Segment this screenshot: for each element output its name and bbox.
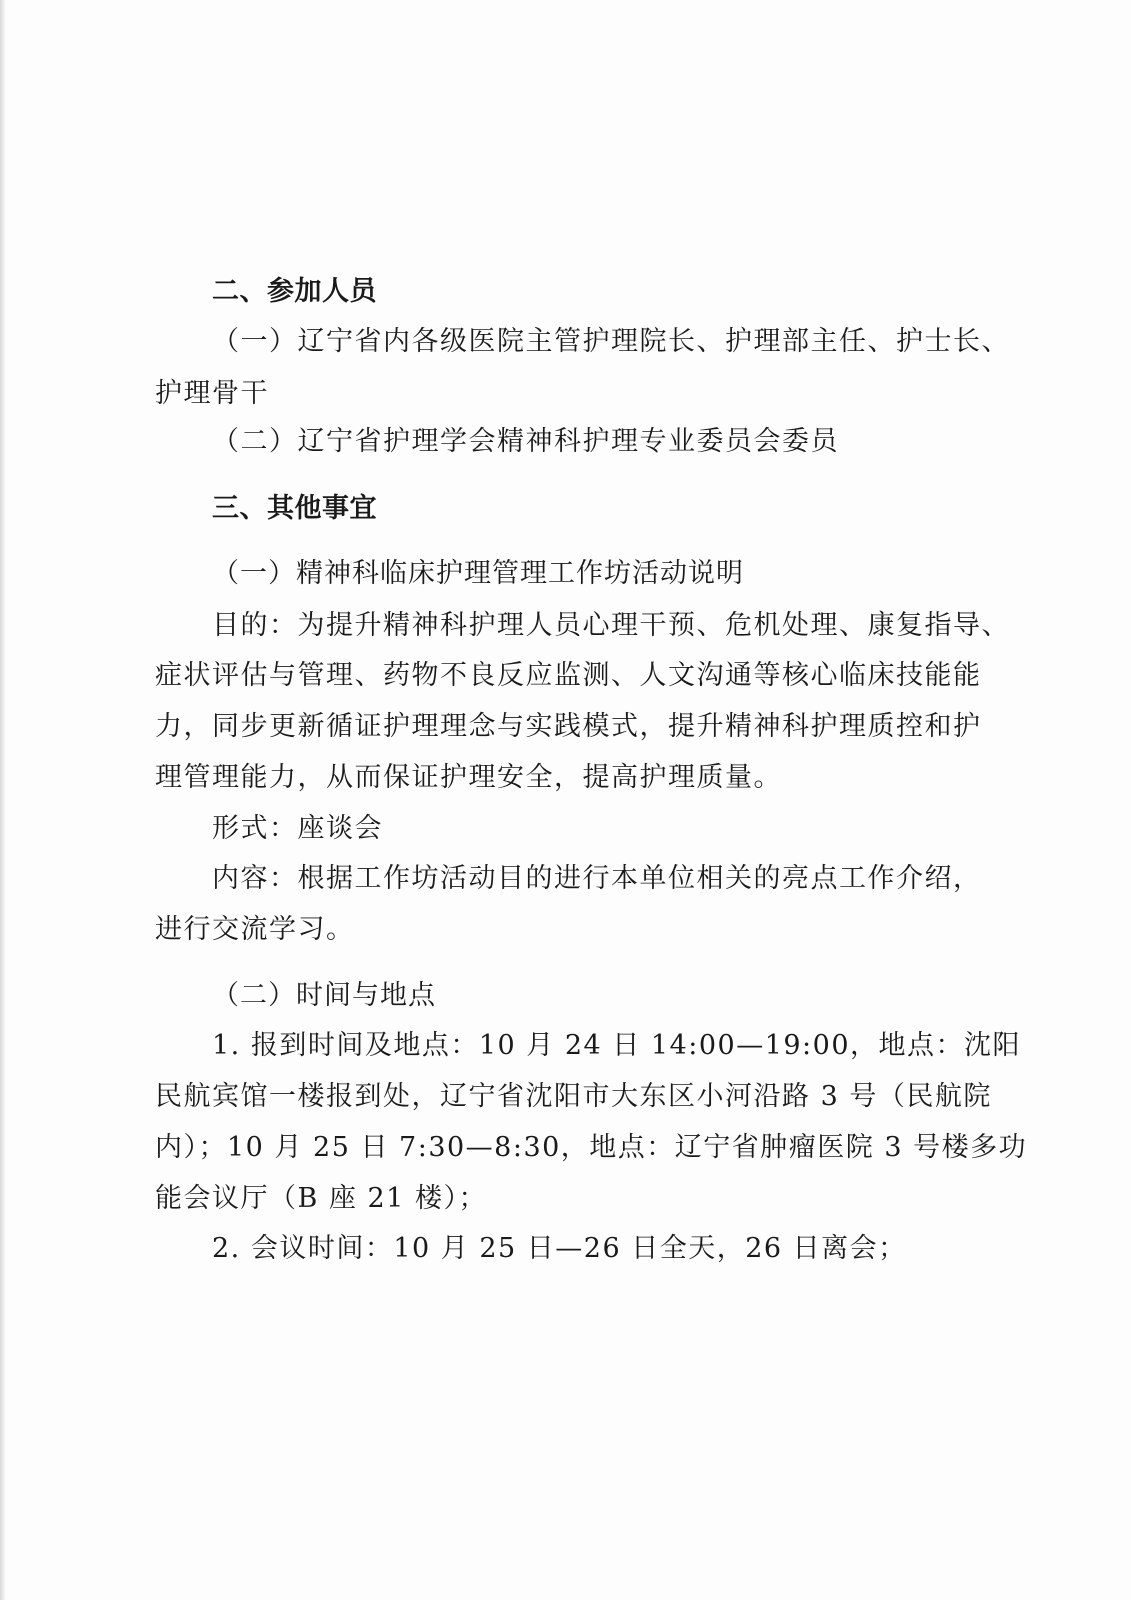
registration-line-2: 民航宾馆一楼报到处，辽宁省沈阳市大东区小河沿路 3 号（民航院 bbox=[155, 1080, 992, 1114]
registration-line-4: 能会议厅（B 座 21 楼）； bbox=[155, 1182, 487, 1216]
registration-line-1: 1. 报到时间及地点：10 月 24 日 14:00—19:00，地点：沈阳 bbox=[212, 1029, 1021, 1063]
participants-item-2: （二）辽宁省护理学会精神科护理专业委员会委员 bbox=[212, 425, 839, 459]
form-line: 形式：座谈会 bbox=[212, 812, 383, 846]
document-page: 二、参加人员 （一）辽宁省内各级医院主管护理院长、护理部主任、护士长、 护理骨干… bbox=[0, 0, 1131, 1600]
participants-item-1-line-1: （一）辽宁省内各级医院主管护理院长、护理部主任、护士长、 bbox=[212, 325, 1010, 359]
purpose-line-2: 症状评估与管理、药物不良反应监测、人文沟通等核心临床技能能 bbox=[155, 659, 982, 693]
subsection-title-workshop: （一）精神科临床护理管理工作坊活动说明 bbox=[212, 557, 744, 591]
scan-edge bbox=[0, 0, 6, 1600]
subsection-title-time-place: （二）时间与地点 bbox=[212, 979, 436, 1013]
purpose-line-1: 目的：为提升精神科护理人员心理干预、危机处理、康复指导、 bbox=[212, 609, 1010, 643]
purpose-line-3: 力，同步更新循证护理理念与实践模式，提升精神科护理质控和护 bbox=[155, 710, 982, 744]
participants-item-1-line-2: 护理骨干 bbox=[155, 377, 269, 411]
section-heading-other-matters: 三、其他事宜 bbox=[212, 492, 377, 526]
purpose-line-4: 理管理能力，从而保证护理安全，提高护理质量。 bbox=[155, 761, 782, 795]
section-heading-participants: 二、参加人员 bbox=[212, 275, 377, 309]
registration-line-3: 内）；10 月 25 日 7:30—8:30，地点：辽宁省肿瘤医院 3 号楼多功 bbox=[155, 1131, 1027, 1165]
content-line-2: 进行交流学习。 bbox=[155, 913, 355, 947]
meeting-time-line: 2. 会议时间：10 月 25 日—26 日全天，26 日离会； bbox=[212, 1232, 907, 1266]
content-line-1: 内容：根据工作坊活动目的进行本单位相关的亮点工作介绍， bbox=[212, 862, 982, 896]
